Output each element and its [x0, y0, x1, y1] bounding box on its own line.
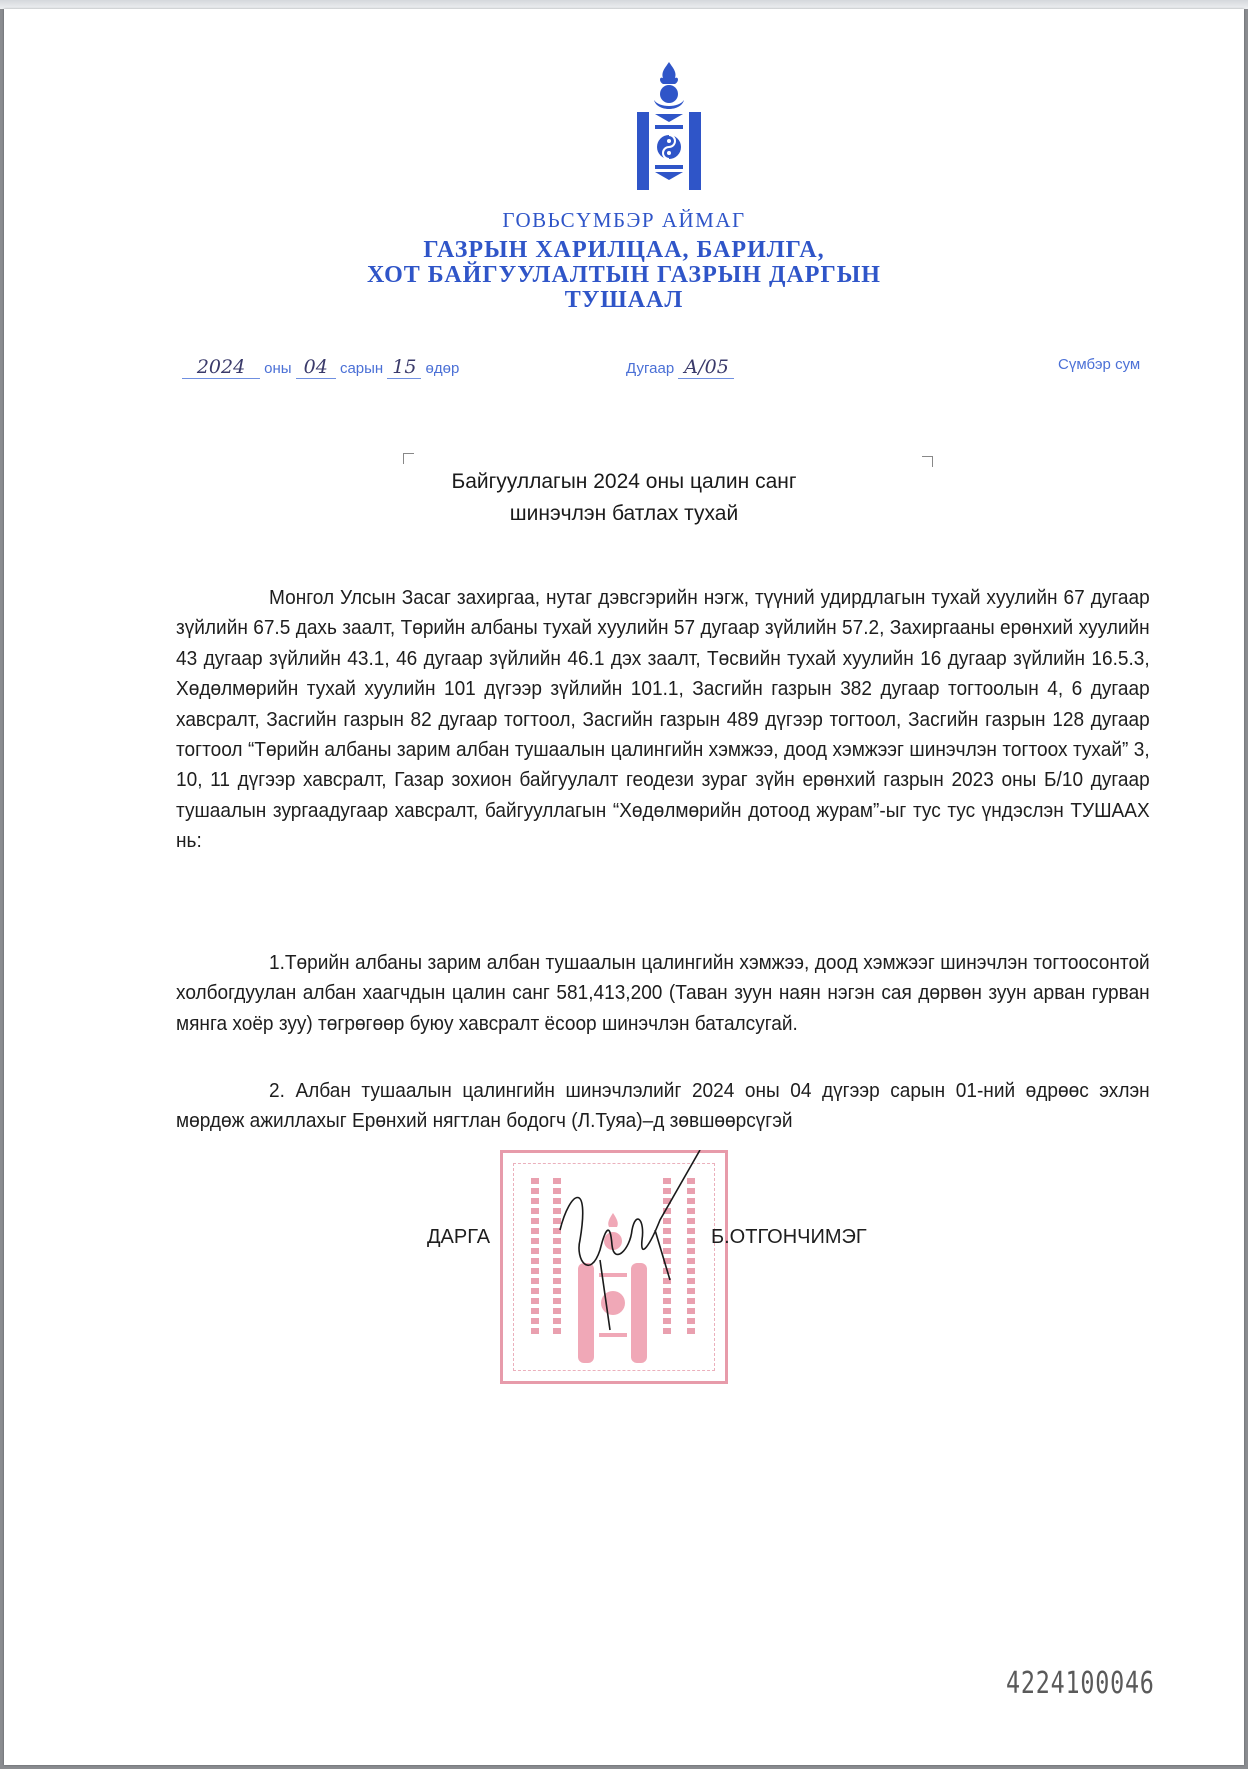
organization-line-1: ГАЗРЫН ХАРИЛЦАА, БАРИЛГА, [0, 238, 1248, 263]
document-subject: Байгууллагын 2024 оны цалин санг шинэчлэ… [0, 466, 1248, 530]
order-number-field: Дугаар А/05 [626, 356, 734, 379]
number-label: Дугаар [626, 360, 674, 377]
title-corner-mark-left [403, 453, 414, 464]
year-value: 2024 [182, 356, 260, 379]
soyombo-emblem-icon [637, 62, 701, 192]
month-label: сарын [340, 360, 383, 377]
document-type: ТУШААЛ [0, 288, 1248, 313]
day-value: 15 [387, 356, 421, 379]
number-value: А/05 [678, 356, 734, 379]
preamble-paragraph: Монгол Улсын Засаг захиргаа, нутаг дэвсг… [176, 583, 1150, 857]
year-label: оны [264, 360, 291, 377]
date-field: 2024 оны 04 сарын 15 өдөр [182, 356, 459, 379]
signatory-name: Б.ОТГОНЧИМЭГ [711, 1226, 867, 1249]
signatory-title: ДАРГА [427, 1226, 490, 1249]
document-serial-number: 4224100046 [1006, 1666, 1155, 1701]
order-item-2: 2. Албан тушаалын цалингийн шинэчлэлийг … [176, 1076, 1150, 1137]
province-name: ГОВЬСҮМБЭР АЙМАГ [0, 208, 1248, 233]
subject-line-1: Байгууллагын 2024 оны цалин санг [0, 466, 1248, 498]
order-item-1: 1.Төрийн албаны зарим албан тушаалын цал… [176, 948, 1150, 1039]
organization-title: ГАЗРЫН ХАРИЛЦАА, БАРИЛГА, ХОТ БАЙГУУЛАЛТ… [0, 238, 1248, 313]
day-label: өдөр [426, 360, 460, 377]
month-value: 04 [296, 356, 336, 379]
order-item-1-text: 1.Төрийн албаны зарим албан тушаалын цал… [176, 948, 1150, 1039]
preamble-text: Монгол Улсын Засаг захиргаа, нутаг дэвсг… [176, 583, 1150, 857]
organization-line-2: ХОТ БАЙГУУЛАЛТЫН ГАЗРЫН ДАРГЫН [0, 263, 1248, 288]
subject-line-2: шинэчлэн батлах тухай [0, 498, 1248, 530]
scan-top-edge [0, 0, 1248, 9]
place-label: Сүмбэр сум [1058, 356, 1140, 373]
signature-icon [550, 1150, 710, 1340]
order-item-2-text: 2. Албан тушаалын цалингийн шинэчлэлийг … [176, 1076, 1150, 1137]
